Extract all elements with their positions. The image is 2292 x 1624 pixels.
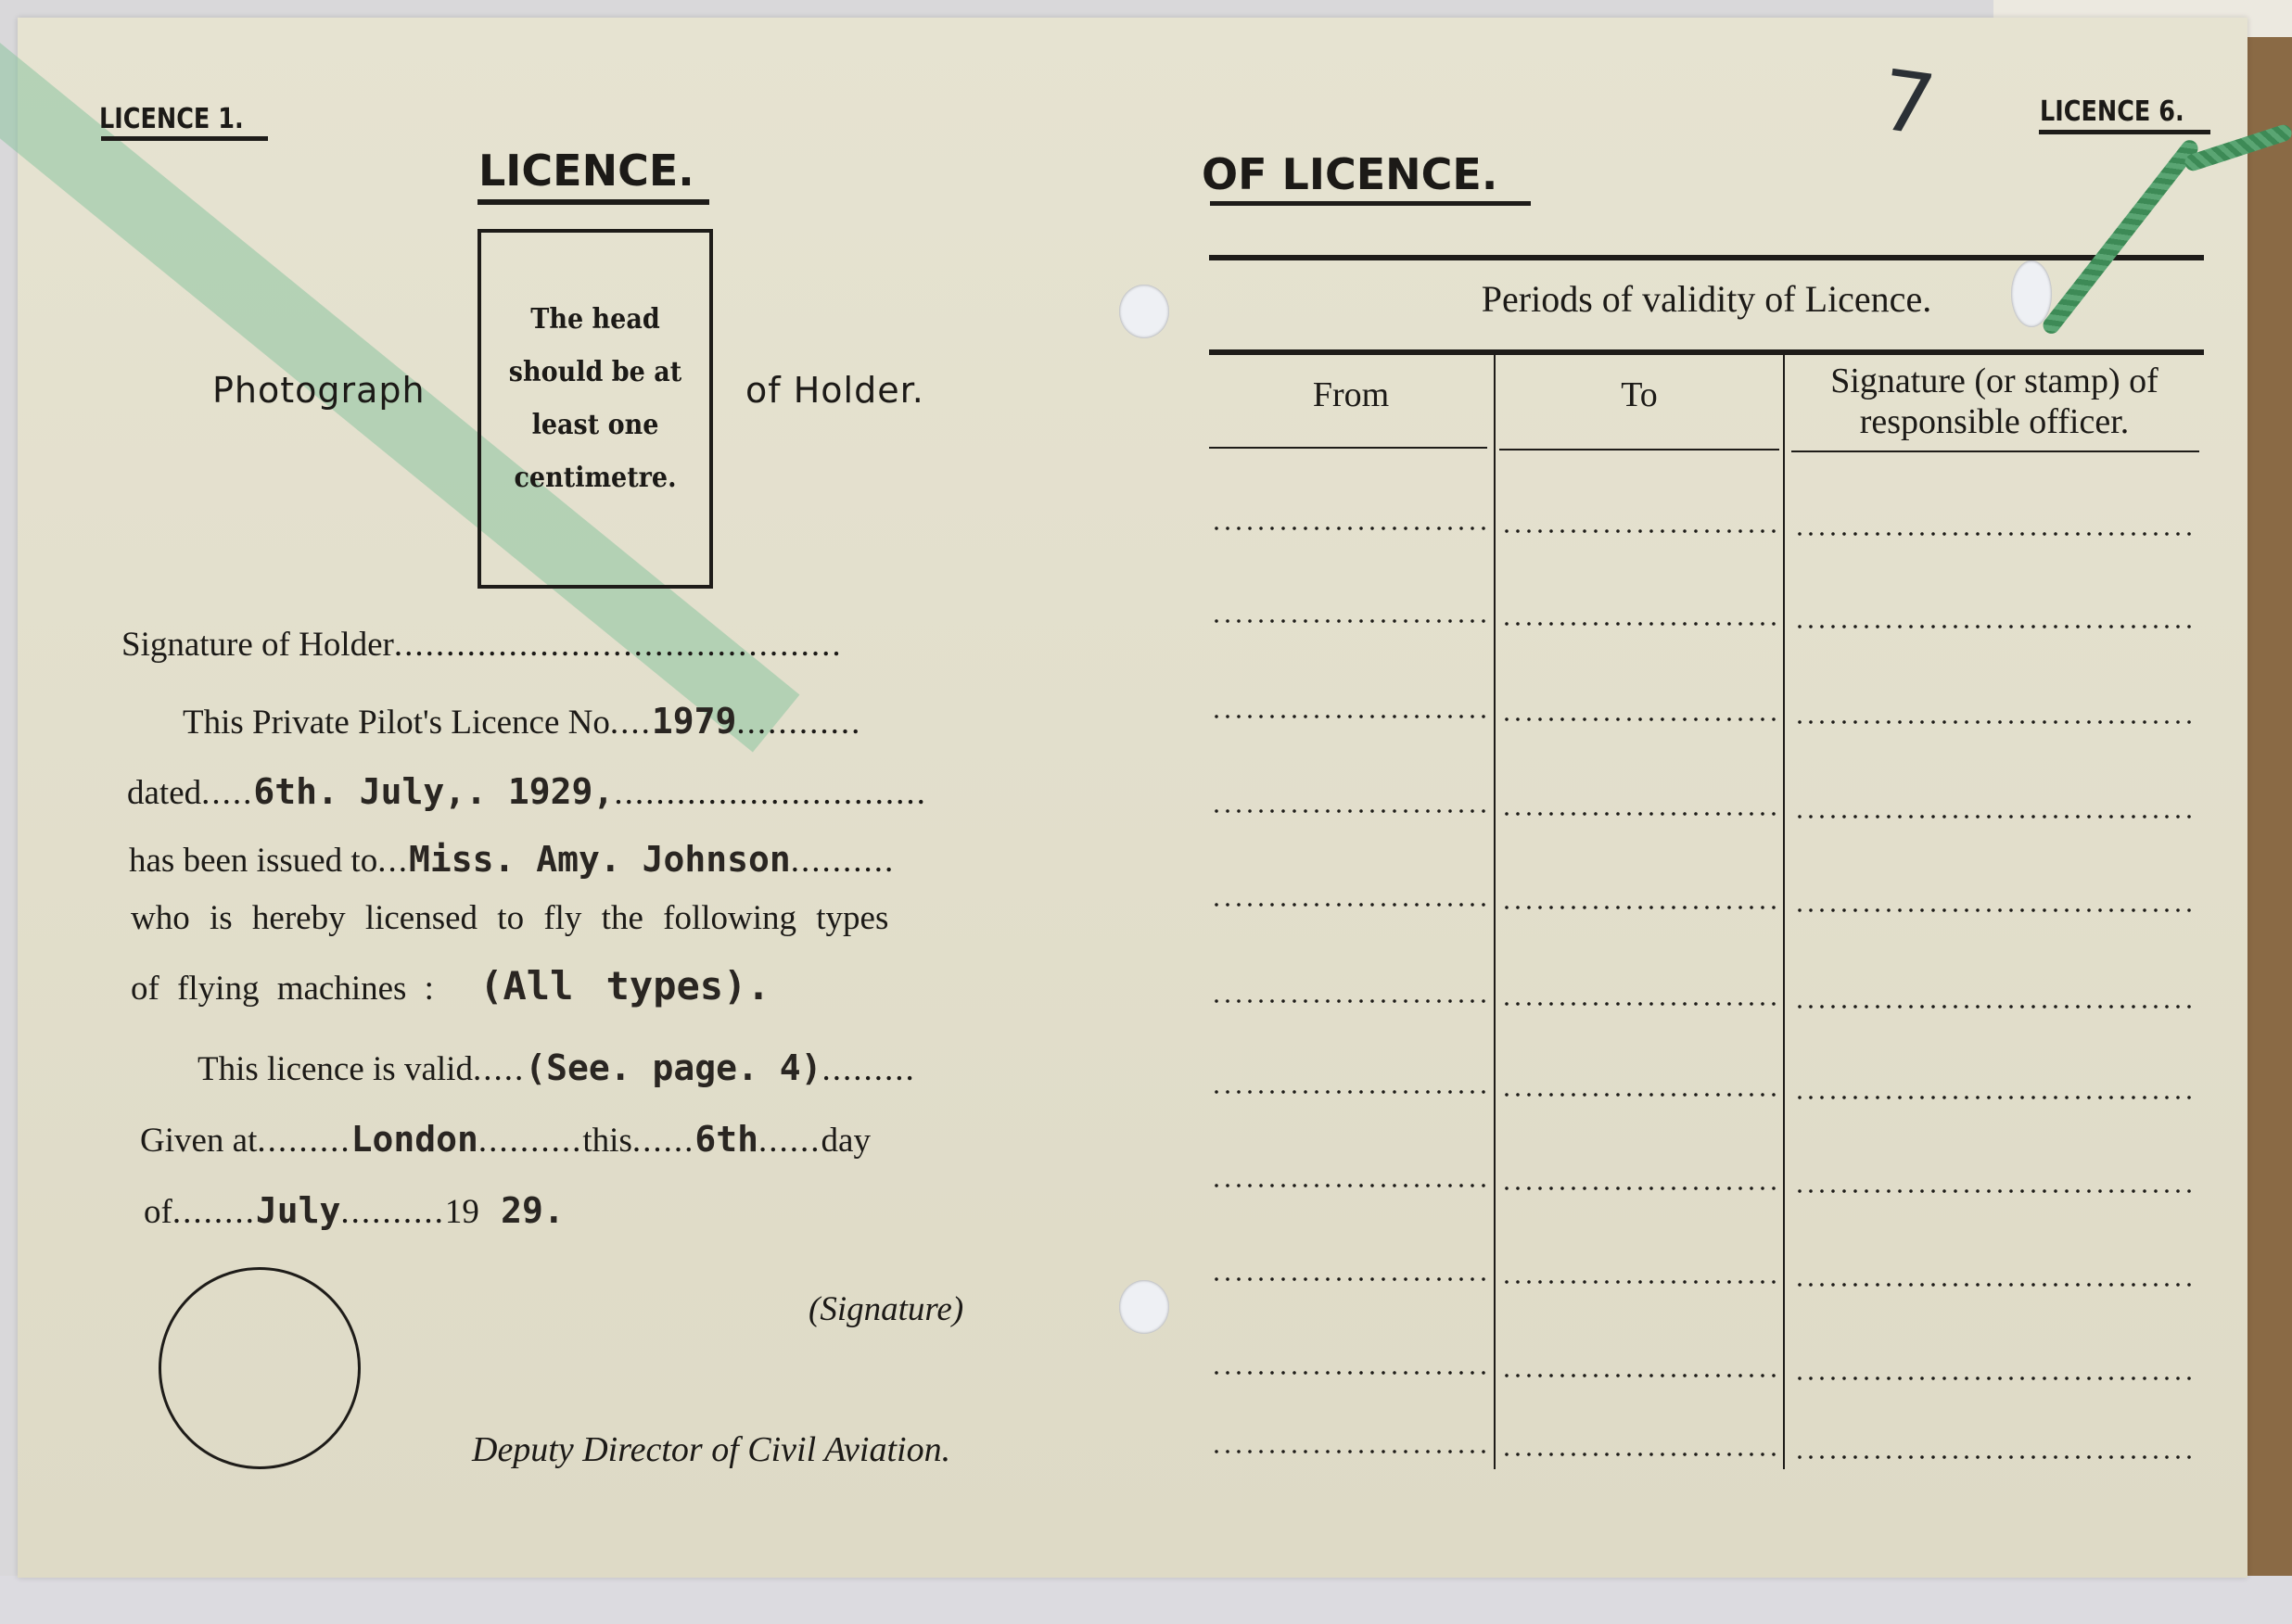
table-cell-from[interactable] [1211, 1371, 1489, 1375]
valid-value: (See. page. 4) [525, 1047, 821, 1088]
valid-label: This licence is valid [197, 1050, 473, 1088]
valid-line: This licence is valid.....(See. page. 4)… [197, 1047, 916, 1089]
table-cell-from[interactable] [1211, 1277, 1489, 1281]
right-title-underline [1210, 201, 1531, 206]
table-top-rule [1209, 255, 2204, 260]
table-cell-from[interactable] [1211, 619, 1489, 623]
dot-leader: .......... [791, 842, 896, 880]
licence-number-value: 1979 [652, 701, 737, 742]
table-cell-from[interactable] [1211, 1450, 1489, 1453]
dot-leader: ......... [822, 1050, 916, 1088]
header-underline-signature [1791, 450, 2199, 452]
table-cell-to[interactable] [1501, 1374, 1777, 1377]
left-corner-underline [101, 136, 268, 141]
month-year-line: of........July..........19 29. [144, 1190, 565, 1232]
photo-box-line: The head [492, 303, 697, 336]
year-value: 29. [501, 1190, 565, 1231]
table-cell-to[interactable] [1501, 1453, 1777, 1456]
issued-to-label: has been issued to [129, 842, 377, 880]
photo-label-right: of Holder. [745, 370, 924, 411]
handwritten-mark: 7 [1875, 52, 1941, 156]
signature-of-holder-label: Signature of Holder [121, 626, 394, 664]
table-cell-to[interactable] [1501, 529, 1777, 533]
table-header-rule [1209, 349, 2204, 355]
dot-leader: ...... [632, 1122, 695, 1160]
table-cell-to[interactable] [1501, 1002, 1777, 1006]
licence-document: LICENCE 1. LICENCE. Photograph The head … [18, 18, 2247, 1578]
table-cell-to[interactable] [1501, 1093, 1777, 1097]
signature-caption: (Signature) [809, 1289, 963, 1329]
table-cell-signature[interactable] [1794, 625, 2198, 628]
left-corner-label: LICENCE 1. [99, 103, 244, 135]
table-cell-to[interactable] [1501, 622, 1777, 626]
machines-value: (All types). [479, 963, 770, 1009]
table-cell-signature[interactable] [1794, 1096, 2198, 1099]
issued-to-line: has been issued to...Miss. Amy. Johnson.… [129, 839, 895, 881]
licence-number-line: This Private Pilot's Licence No....1979.… [183, 701, 861, 742]
dot-leader: .... [610, 704, 652, 742]
table-cell-from[interactable] [1211, 809, 1489, 813]
dated-value: 6th. July,. 1929, [253, 771, 614, 812]
dot-leader: ..... [473, 1050, 525, 1088]
signature-of-holder-line: Signature of Holder.....................… [121, 625, 843, 665]
photo-placeholder-box: The head should be at least one centimet… [477, 229, 713, 589]
table-cell-signature[interactable] [1794, 720, 2198, 724]
dot-leader: ............ [736, 704, 861, 742]
given-day-value: 6th [694, 1119, 758, 1160]
table-cell-from[interactable] [1211, 1184, 1489, 1187]
dot-leader: .......... [478, 1122, 583, 1160]
left-title-underline [477, 199, 709, 205]
table-cell-from[interactable] [1211, 999, 1489, 1003]
table-cell-signature[interactable] [1794, 1455, 2198, 1459]
dot-leader: ......... [257, 1122, 350, 1160]
table-cell-from[interactable] [1211, 527, 1489, 530]
table-cell-signature[interactable] [1794, 908, 2198, 912]
table-cell-signature[interactable] [1794, 1377, 2198, 1380]
table-cell-from[interactable] [1211, 903, 1489, 907]
table-cell-to[interactable] [1501, 906, 1777, 909]
licence-number-label: This Private Pilot's Licence No [183, 704, 610, 742]
licensed-statement: who is hereby licensed to fly the follow… [131, 898, 888, 938]
dot-leader: ...... [758, 1122, 821, 1160]
table-cell-to[interactable] [1501, 1186, 1777, 1190]
table-cell-to[interactable] [1501, 717, 1777, 721]
machines-line: of flying machines : (All types). [131, 963, 770, 1009]
header-underline-to [1499, 449, 1779, 450]
century-label: 19 [445, 1193, 479, 1231]
dated-line: dated.....6th. July,. 1929,.............… [127, 771, 927, 813]
cord-hole [2011, 260, 2052, 327]
given-at-label: Given at [140, 1122, 257, 1160]
punch-hole-bottom [1119, 1280, 1169, 1334]
column-divider-1 [1494, 355, 1496, 1469]
machines-label: of flying machines : [131, 970, 434, 1008]
table-cell-signature[interactable] [1794, 1005, 2198, 1009]
dot-leader: .......... [340, 1193, 445, 1231]
left-title: LICENCE. [478, 146, 694, 196]
column-header-from: From [1209, 374, 1493, 415]
dated-label: dated [127, 774, 201, 812]
table-cell-from[interactable] [1211, 715, 1489, 718]
dot-leader: ........ [172, 1193, 256, 1231]
signature-of-holder-field[interactable]: ........................................… [394, 626, 843, 664]
official-title: Deputy Director of Civil Aviation. [472, 1429, 950, 1470]
table-cell-signature[interactable] [1794, 1283, 2198, 1287]
day-label: day [821, 1122, 871, 1160]
column-header-signature: Signature (or stamp) of responsible offi… [1790, 361, 2198, 442]
photo-box-line: centimetre. [492, 462, 697, 494]
of-label: of [144, 1193, 172, 1231]
photo-box-line: should be at [492, 356, 697, 388]
this-label: this [582, 1122, 631, 1160]
holder-name-value: Miss. Amy. Johnson [409, 839, 791, 880]
dot-leader: ..... [201, 774, 253, 812]
table-cell-signature[interactable] [1794, 532, 2198, 536]
header-underline-from [1209, 447, 1487, 449]
official-seal-circle [159, 1267, 361, 1469]
column-header-to: To [1497, 374, 1781, 415]
table-cell-signature[interactable] [1794, 1189, 2198, 1193]
right-corner-label: LICENCE 6. [2040, 95, 2184, 128]
background-surface [0, 1576, 2292, 1624]
right-corner-underline [2039, 130, 2210, 134]
photo-label-left: Photograph [212, 370, 426, 411]
dot-leader: .............................. [614, 774, 927, 812]
given-at-line: Given at.........London..........this...… [140, 1119, 871, 1161]
table-cell-to[interactable] [1501, 1280, 1777, 1284]
table-cell-from[interactable] [1211, 1090, 1489, 1094]
table-cell-signature[interactable] [1794, 815, 2198, 818]
photo-box-line: least one [492, 409, 697, 441]
dot-leader: ... [377, 842, 409, 880]
punch-hole-top [1119, 285, 1169, 338]
right-title: OF LICENCE. [1202, 149, 1497, 199]
given-at-place: London [351, 1119, 478, 1160]
table-cell-to[interactable] [1501, 812, 1777, 816]
month-value: July [256, 1190, 341, 1231]
column-divider-2 [1783, 355, 1785, 1469]
